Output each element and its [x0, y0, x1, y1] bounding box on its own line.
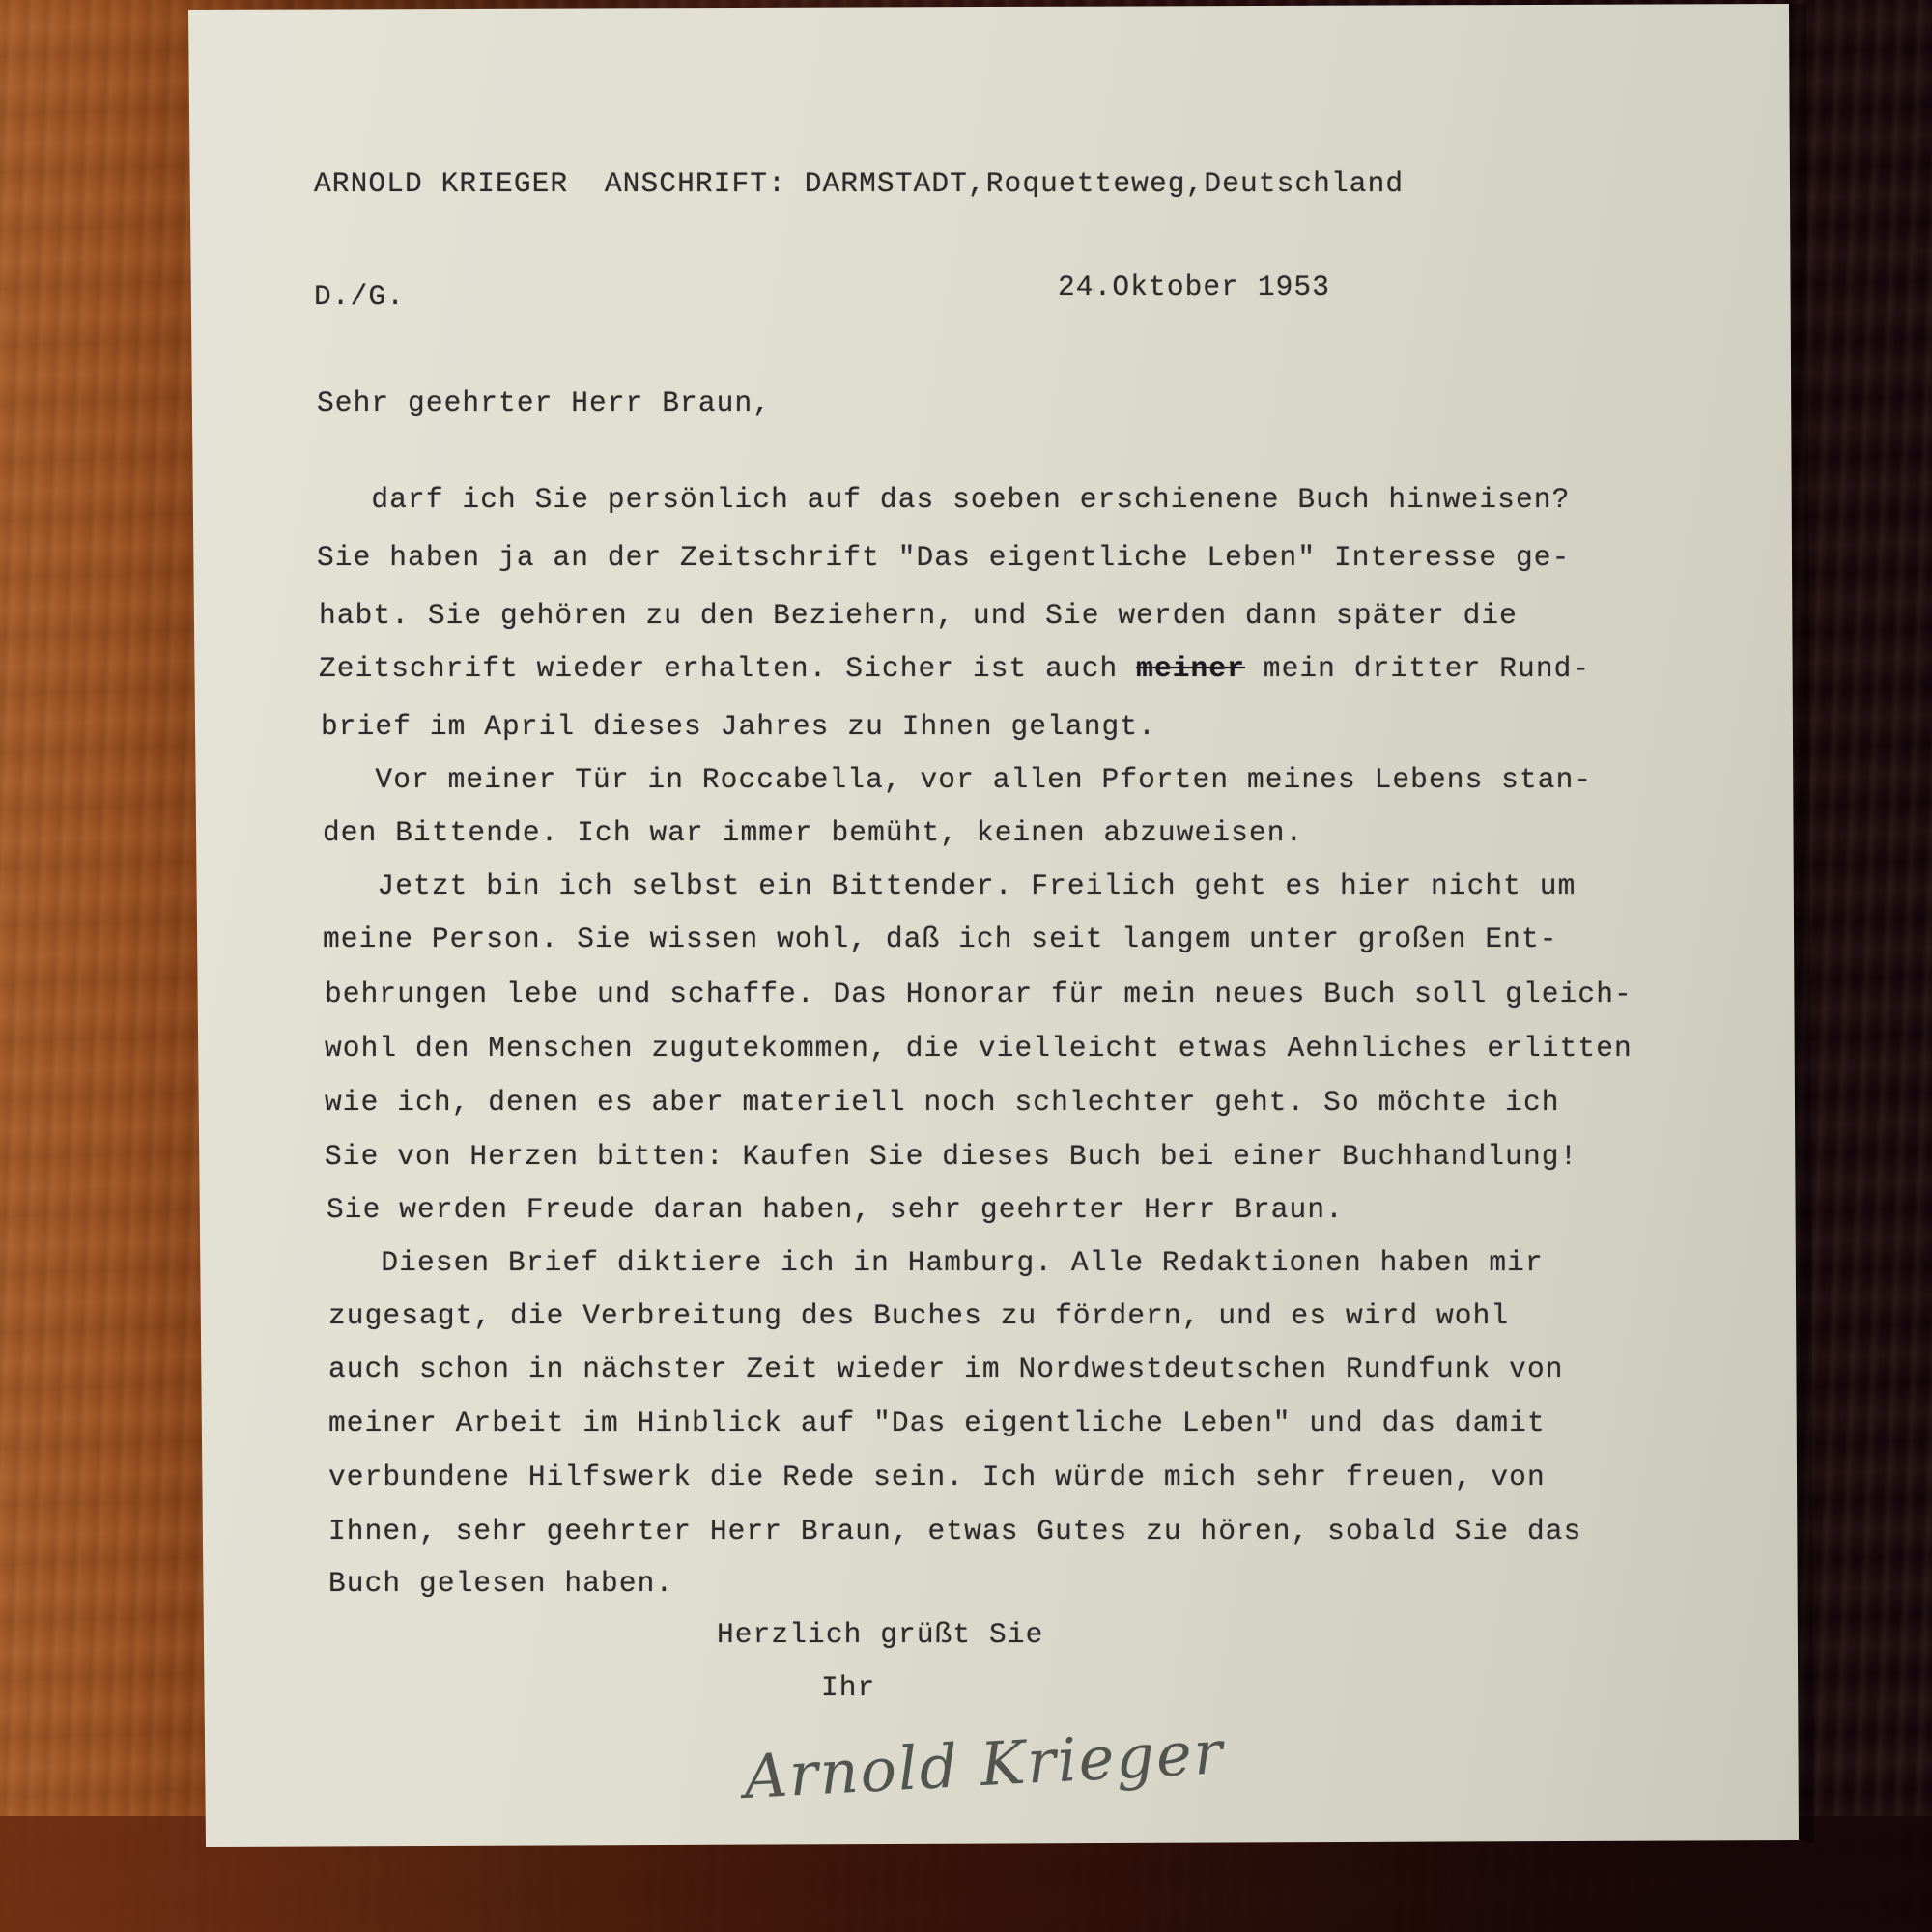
body-line: behrungen lebe und schaffe. Das Honorar … [325, 978, 1633, 1010]
body-line: Jetzt bin ich selbst ein Bittender. Frei… [323, 869, 1576, 902]
closing-ihr: Ihr [821, 1671, 875, 1704]
body-line: habt. Sie gehören zu den Beziehern, und … [319, 599, 1518, 632]
body-line: verbundene Hilfswerk die Rede sein. Ich … [328, 1461, 1546, 1493]
reference-code: D./G. [314, 280, 405, 313]
body-line: brief im April dieses Jahres zu Ihnen ge… [321, 710, 1156, 743]
body-line: Zeitschrift wieder erhalten. Sicher ist … [319, 652, 1590, 685]
sender-address: DARMSTADT,Roquetteweg,Deutschland [805, 167, 1405, 200]
body-line: auch schon in nächster Zeit wieder im No… [328, 1352, 1564, 1385]
body-line: darf ich Sie persönlich auf das soeben e… [317, 483, 1570, 516]
body-line: zugesagt, die Verbreitung des Buches zu … [328, 1299, 1509, 1332]
salutation: Sehr geehrter Herr Braun, [317, 386, 771, 419]
body-line: Sie haben ja an der Zeitschrift "Das eig… [317, 541, 1570, 574]
body-line: Diesen Brief diktiere ich in Hamburg. Al… [327, 1246, 1544, 1279]
letterhead-sender: ARNOLD KRIEGER ANSCHRIFT: DARMSTADT,Roqu… [314, 167, 1404, 200]
sender-name: ARNOLD KRIEGER [314, 167, 568, 200]
body-line: Sie werden Freude daran haben, sehr geeh… [327, 1193, 1344, 1226]
struck-out-word: meiner [1136, 652, 1245, 685]
address-label: ANSCHRIFT: [605, 167, 786, 200]
body-line: Vor meiner Tür in Roccabella, vor allen … [321, 763, 1592, 796]
body-line: Buch gelesen haben. [328, 1567, 673, 1600]
body-line: Sie von Herzen bitten: Kaufen Sie dieses… [325, 1140, 1577, 1173]
body-line: Ihnen, sehr geehrter Herr Braun, etwas G… [328, 1515, 1581, 1548]
closing: Herzlich grüßt Sie [717, 1618, 1043, 1651]
body-line: wie ich, denen es aber materiell noch sc… [325, 1086, 1560, 1119]
body-line: den Bittende. Ich war immer bemüht, kein… [323, 816, 1303, 849]
letter-date: 24.Oktober 1953 [1058, 270, 1330, 303]
body-line: meiner Arbeit im Hinblick auf "Das eigen… [328, 1406, 1546, 1439]
body-line: wohl den Menschen zugutekommen, die viel… [325, 1032, 1633, 1065]
body-line: meine Person. Sie wissen wohl, daß ich s… [323, 923, 1558, 955]
